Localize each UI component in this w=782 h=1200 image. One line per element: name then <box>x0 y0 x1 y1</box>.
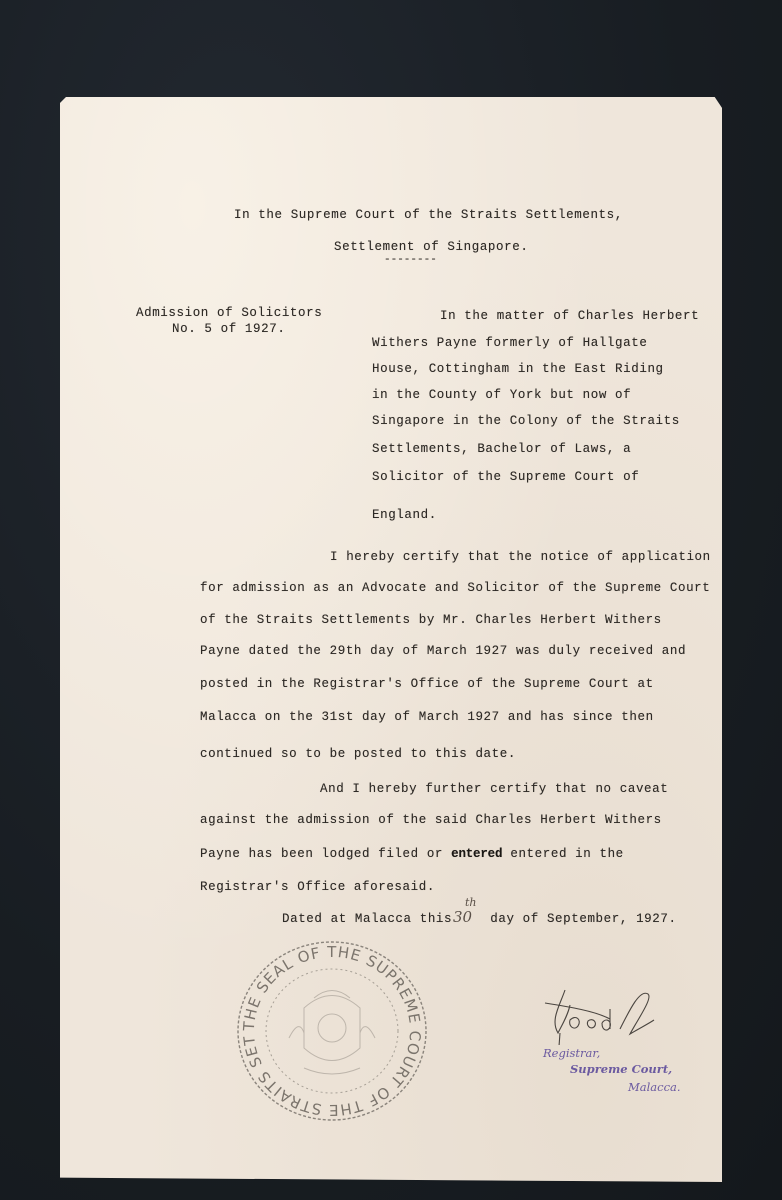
matter-line: In the matter of Charles Herbert <box>440 309 699 323</box>
matter-line: Withers Payne formerly of Hallgate <box>372 336 647 350</box>
court-title: In the Supreme Court of the Straits Sett… <box>234 208 623 222</box>
further-certificate-line: Registrar's Office aforesaid. <box>200 880 435 894</box>
dated-line: Dated at Malacca this day of September, … <box>282 912 677 926</box>
certificate-line: Payne dated the 29th day of March 1927 w… <box>200 644 686 658</box>
case-number: No. 5 of 1927. <box>172 322 285 336</box>
matter-line: House, Cottingham in the East Riding <box>372 362 664 376</box>
certificate-line: continued so to be posted to this date. <box>200 747 516 761</box>
matter-line: Singapore in the Colony of the Straits <box>372 414 680 428</box>
case-label: Admission of Solicitors <box>136 306 322 320</box>
registrar-location: Malacca. <box>628 1080 681 1094</box>
registrar-signature-icon <box>540 985 665 1045</box>
registrar-title: Registrar, <box>543 1046 600 1060</box>
settlement-title: Settlement of Singapore. <box>334 240 528 254</box>
court-seal-icon: THE SEAL OF THE SUPREME COURT OF THE STR… <box>234 938 430 1124</box>
further-certificate-text: Payne has been lodged filed or <box>200 847 451 861</box>
certificate-line: of the Straits Settlements by Mr. Charle… <box>200 613 662 627</box>
matter-line: in the County of York but now of <box>372 388 631 402</box>
further-certificate-line: Payne has been lodged filed or entered e… <box>200 847 624 861</box>
struck-out-word: entered <box>451 847 502 861</box>
certificate-line: for admission as an Advocate and Solicit… <box>200 581 710 595</box>
further-certificate-line: against the admission of the said Charle… <box>200 813 662 827</box>
registrar-court: Supreme Court, <box>570 1062 672 1076</box>
further-certificate-text: entered in the <box>502 847 624 861</box>
handwritten-day-suffix: th <box>465 896 477 909</box>
dated-suffix: day of September, 1927. <box>482 912 676 926</box>
header-divider: -------- <box>384 254 437 266</box>
certificate-line: I hereby certify that the notice of appl… <box>330 550 711 564</box>
handwritten-day: 30 <box>453 908 472 926</box>
dated-prefix: Dated at Malacca this <box>282 912 452 926</box>
further-certificate-line: And I hereby further certify that no cav… <box>320 782 668 796</box>
matter-line: Solicitor of the Supreme Court of <box>372 470 639 484</box>
certificate-line: Malacca on the 31st day of March 1927 an… <box>200 710 654 724</box>
matter-line: Settlements, Bachelor of Laws, a <box>372 442 631 456</box>
certificate-line: posted in the Registrar's Office of the … <box>200 677 654 691</box>
matter-line: England. <box>372 508 437 522</box>
